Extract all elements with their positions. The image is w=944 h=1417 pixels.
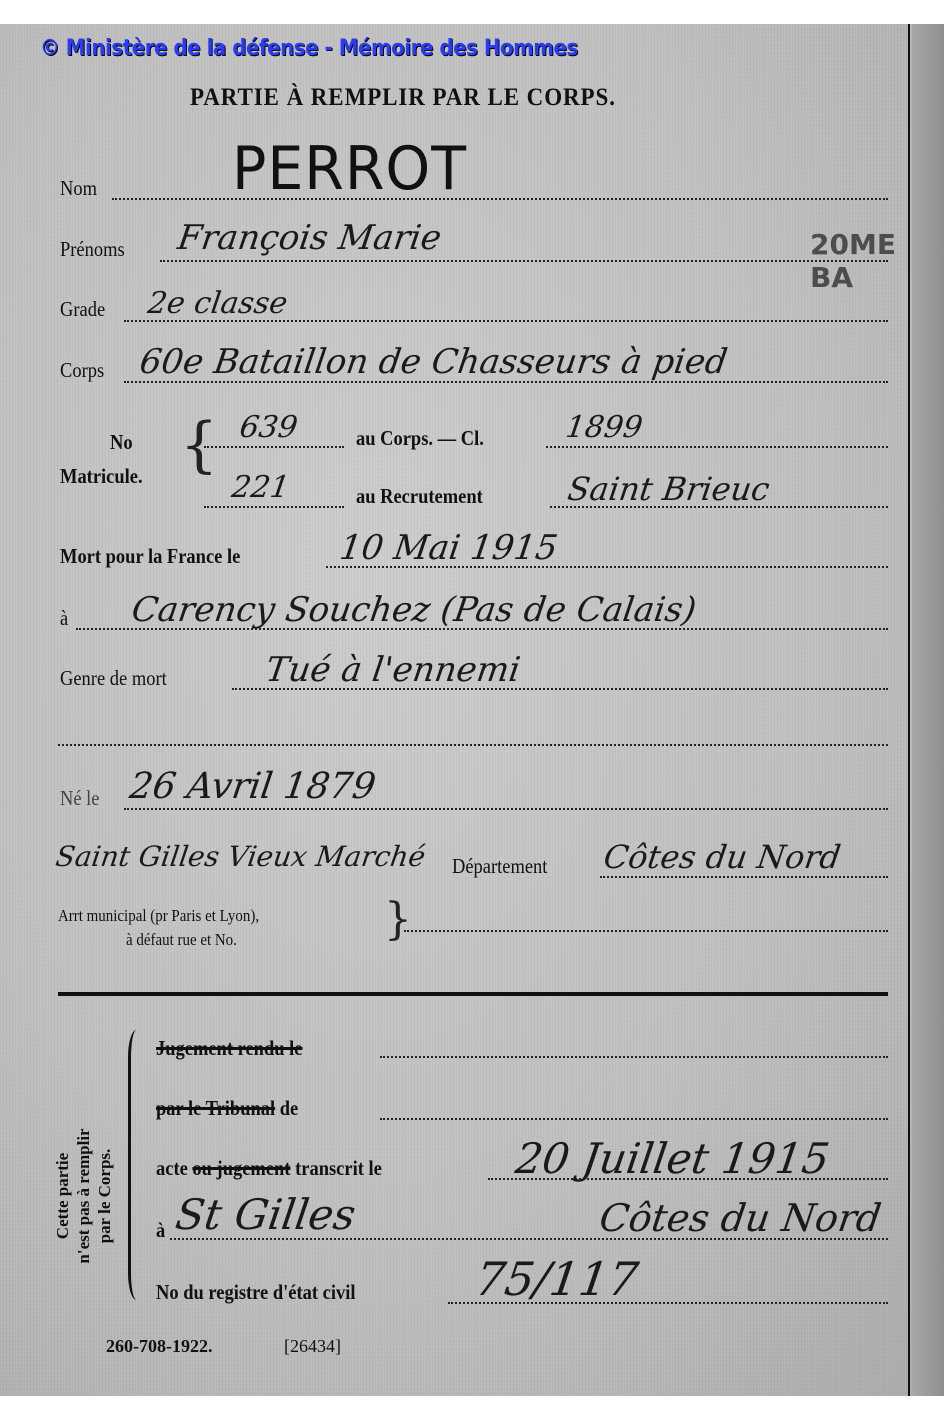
- corps-label: Corps: [60, 358, 104, 383]
- classe-line: [546, 446, 888, 448]
- ne-le-label: Né le: [60, 786, 100, 811]
- prenoms-label: Prénoms: [60, 237, 125, 262]
- grade-value: 2e classe: [146, 286, 290, 321]
- prenoms-value: François Marie: [175, 218, 444, 258]
- side-note-line-2: n'est pas à remplir: [73, 1066, 94, 1326]
- ne-le-line: [124, 808, 888, 810]
- genre-mort-value: Tué à l'ennemi: [263, 650, 523, 690]
- registre-value: 75/117: [472, 1252, 641, 1306]
- genre-mort-label: Genre de mort: [60, 666, 167, 691]
- lieu-deces-label: à: [60, 606, 68, 631]
- mort-label: Mort pour la France le: [60, 544, 240, 569]
- form-title: PARTIE À REMPLIR PAR LE CORPS.: [190, 84, 616, 112]
- corps-value: 60e Bataillon de Chasseurs à pied: [137, 342, 730, 382]
- classe-value: 1899: [564, 410, 645, 445]
- matricule-brace: {: [180, 410, 218, 480]
- lieu-deces-value: Carency Souchez (Pas de Calais): [129, 590, 699, 630]
- nom-line: [112, 198, 888, 200]
- corps-number-value: 639: [238, 410, 300, 445]
- nom-value: PERROT: [232, 134, 467, 204]
- arrondissement-label-1: Arrt municipal (pr Paris et Lyon),: [58, 906, 259, 926]
- print-code: 260-708-1922.: [106, 1336, 213, 1357]
- tribunal-label-rest: de: [280, 1096, 298, 1120]
- unit-stamp: 20ME BA: [810, 228, 944, 294]
- prenoms-line: [160, 260, 888, 262]
- lower-section-brace: [128, 1030, 145, 1300]
- side-note-line-3: par le Corps.: [94, 1066, 115, 1326]
- recrutement-number-value: 221: [230, 470, 292, 505]
- acte-label-part-2: transcrit le: [295, 1156, 382, 1180]
- departement-label: Département: [452, 854, 547, 879]
- tribunal-label-struck: par le Tribunal: [156, 1096, 275, 1120]
- ne-le-value: 26 Avril 1879: [127, 766, 378, 807]
- jugement-line: [380, 1056, 888, 1058]
- lieu-naissance-value: Saint Gilles Vieux Marché: [54, 840, 428, 873]
- au-recrutement-label: au Recrutement: [356, 484, 483, 509]
- transcrit-a-label: à: [156, 1218, 165, 1243]
- transcrit-place-value: St Gilles: [173, 1190, 359, 1239]
- mort-date-value: 10 Mai 1915: [337, 528, 560, 568]
- tribunal-line: [380, 1118, 888, 1120]
- tribunal-label: par le Tribunal de: [156, 1096, 298, 1121]
- section-divider: [58, 992, 888, 996]
- acte-label-struck: ou jugement: [192, 1156, 290, 1180]
- departement-value: Côtes du Nord: [601, 838, 843, 876]
- recrutement-place-value: Saint Brieuc: [565, 470, 772, 508]
- registre-label: No du registre d'état civil: [156, 1280, 355, 1305]
- blank-line: [58, 744, 888, 746]
- acte-label: acte ou jugement transcrit le: [156, 1156, 382, 1181]
- au-corps-label: au Corps. — Cl.: [356, 426, 484, 451]
- nom-label: Nom: [60, 176, 97, 201]
- arrondissement-brace: }: [384, 894, 412, 945]
- arrondissement-label-2: à défaut rue et No.: [126, 930, 237, 950]
- jugement-label: Jugement rendu le: [156, 1036, 302, 1061]
- acte-label-part-1: acte: [156, 1156, 188, 1180]
- print-reference: [26434]: [284, 1336, 341, 1357]
- side-note-line-1: Cette partie: [52, 1066, 73, 1326]
- transcrit-departement-value: Côtes du Nord: [597, 1196, 884, 1240]
- matricule-label: Matricule.: [60, 464, 143, 489]
- arrondissement-line: [404, 930, 888, 932]
- grade-label: Grade: [60, 297, 105, 322]
- recrutement-number-line: [204, 506, 344, 508]
- departement-line: [600, 876, 888, 878]
- copyright-watermark: © Ministère de la défense - Mémoire des …: [40, 36, 578, 61]
- transcrit-date-value: 20 Juillet 1915: [513, 1134, 833, 1183]
- matricule-no-label: No: [110, 430, 133, 455]
- corps-number-line: [204, 446, 344, 448]
